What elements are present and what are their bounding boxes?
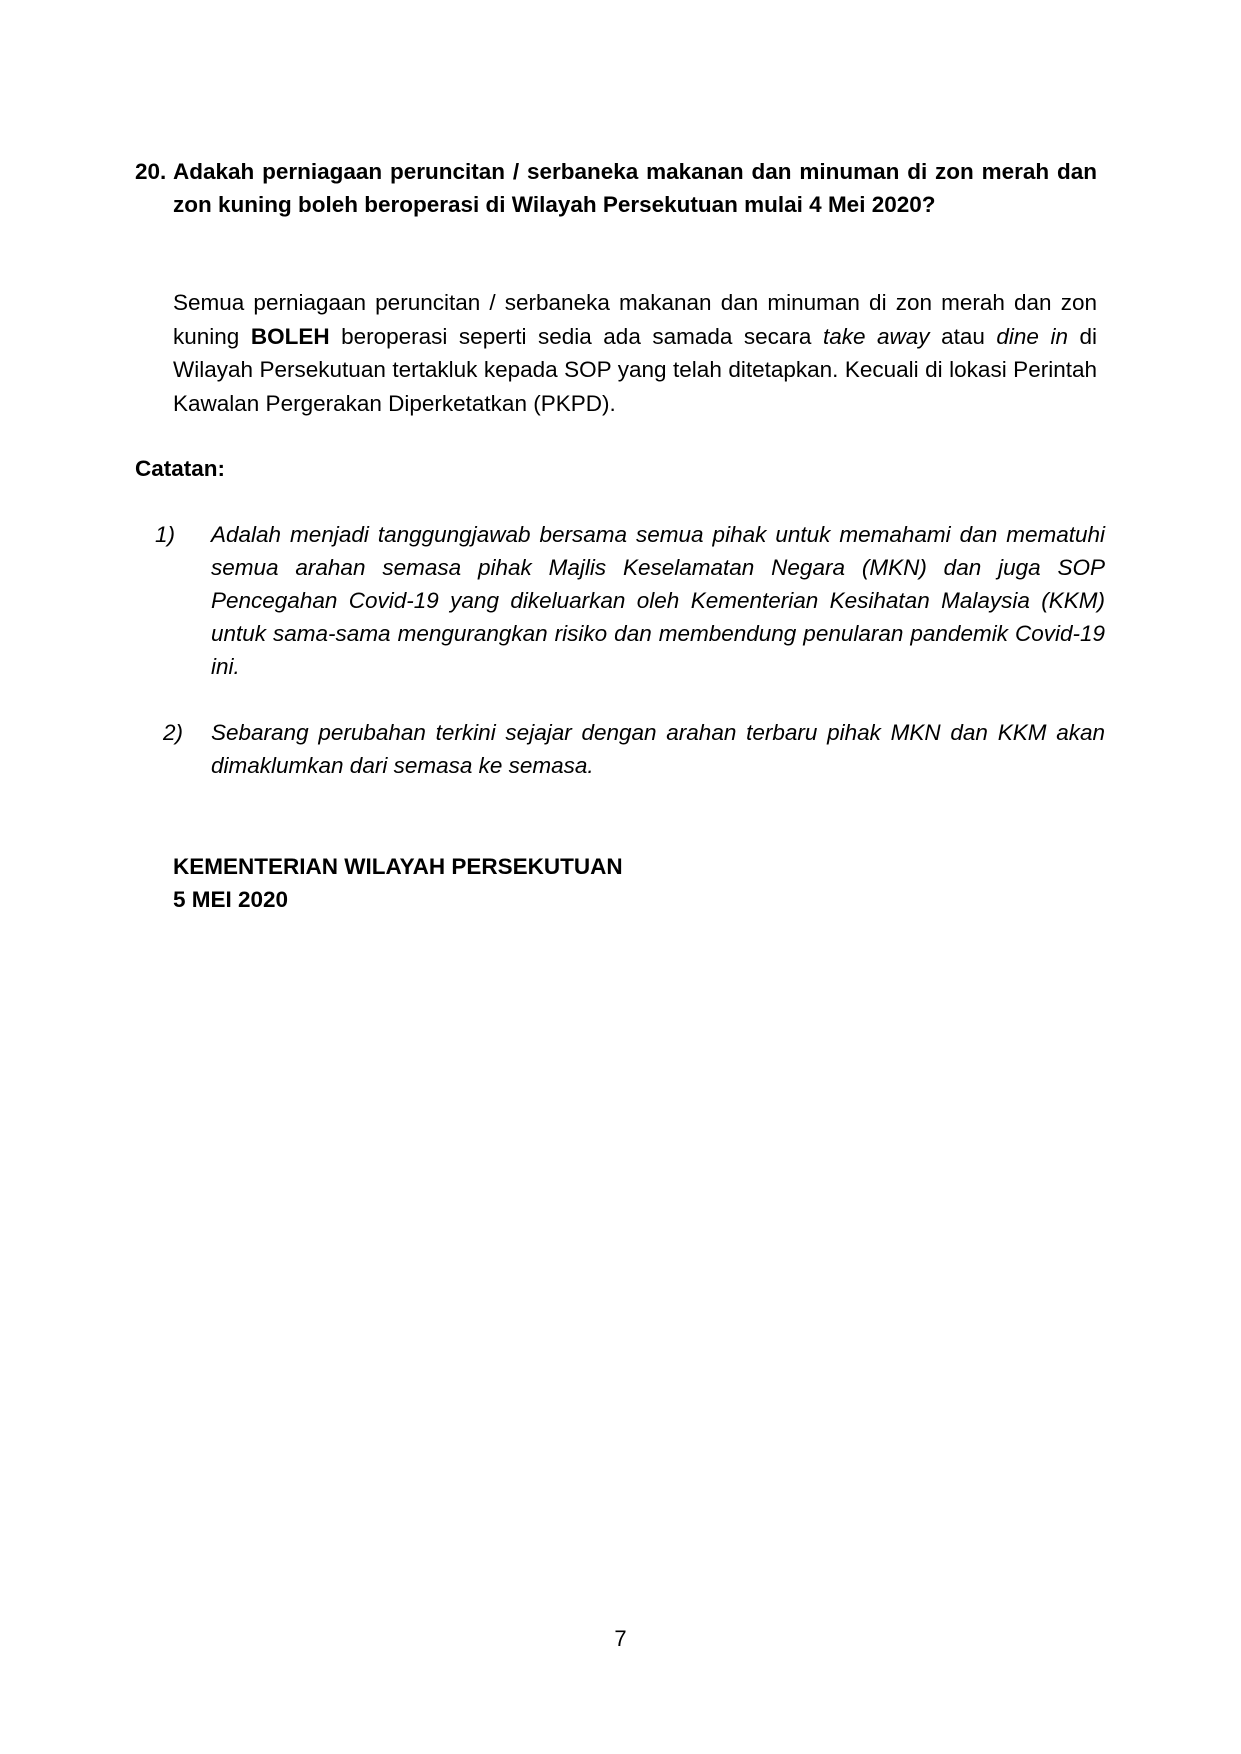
signature-block: KEMENTERIAN WILAYAH PERSEKUTUAN 5 MEI 20… bbox=[173, 850, 623, 916]
question-text: Adakah perniagaan peruncitan / serbaneka… bbox=[173, 155, 1097, 221]
question-number: 20. bbox=[135, 155, 173, 221]
faq-question: 20. Adakah perniagaan peruncitan / serba… bbox=[135, 155, 1097, 221]
answer-emphasis: BOLEH bbox=[251, 324, 330, 349]
answer-text: atau bbox=[930, 324, 997, 349]
note-number: 1) bbox=[135, 518, 211, 683]
note-item: 1) Adalah menjadi tanggungjawab bersama … bbox=[135, 518, 1105, 683]
notes-heading: Catatan: bbox=[135, 452, 225, 485]
signature-organization: KEMENTERIAN WILAYAH PERSEKUTUAN bbox=[173, 850, 623, 883]
faq-answer: Semua perniagaan peruncitan / serbaneka … bbox=[173, 286, 1097, 420]
note-number: 2) bbox=[135, 716, 211, 782]
answer-text: beroperasi seperti sedia ada samada seca… bbox=[330, 324, 823, 349]
note-text: Sebarang perubahan terkini sejajar denga… bbox=[211, 716, 1105, 782]
note-item: 2) Sebarang perubahan terkini sejajar de… bbox=[135, 716, 1105, 782]
document-page: 20. Adakah perniagaan peruncitan / serba… bbox=[0, 0, 1241, 1754]
answer-term: take away bbox=[823, 324, 930, 349]
answer-term: dine in bbox=[996, 324, 1068, 349]
signature-date: 5 MEI 2020 bbox=[173, 883, 623, 916]
page-number: 7 bbox=[0, 1626, 1241, 1652]
note-text: Adalah menjadi tanggungjawab bersama sem… bbox=[211, 518, 1105, 683]
